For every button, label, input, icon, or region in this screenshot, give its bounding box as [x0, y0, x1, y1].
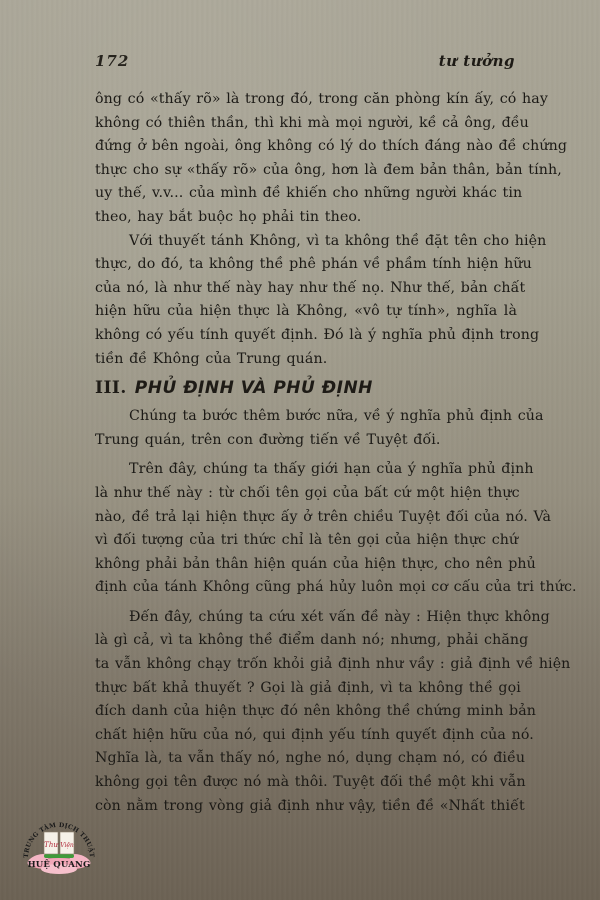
text-line: ta vẫn không chạy trốn khỏi giả định như…: [95, 653, 517, 677]
text-line: định của tánh Không cũng phá hủy luôn mọ…: [95, 576, 517, 600]
section-number: III.: [95, 378, 127, 398]
text-line: đứng ở bên ngoài, ông không có lý do thí…: [95, 135, 517, 159]
text-line: còn nằm trong vòng giả định như vậy, tiề…: [95, 795, 517, 819]
page-number: 172: [95, 52, 129, 70]
text-line: Với thuyết tánh Không, vì ta không thề đ…: [95, 230, 517, 254]
page-header: 172 tư tưởng: [95, 52, 515, 74]
text-line: là như thế này : từ chối tên gọi của bất…: [95, 482, 517, 506]
text-line: chất hiện hữu của nó, qui định yếu tính …: [95, 724, 517, 748]
text-line: thực, do đó, ta không thề phê phán về ph…: [95, 253, 517, 277]
logo-name: HUỆ QUANG: [18, 860, 100, 870]
text-line: Nghĩa là, ta vẫn thấy nó, nghe nó, dụng …: [95, 747, 517, 771]
running-head: tư tưởng: [439, 52, 515, 70]
paragraph-3: Chúng ta bước thêm bước nữa, về ý nghĩa …: [95, 405, 517, 452]
text-line: Chúng ta bước thêm bước nữa, về ý nghĩa …: [95, 405, 517, 429]
text-line: đích danh của hiện thực đó nên không thề…: [95, 700, 517, 724]
section-heading: III.PHỦ ĐỊNH VÀ PHỦ ĐỊNH: [95, 375, 517, 401]
text-line: không phải bản thân hiện quán của hiện t…: [95, 553, 517, 577]
text-line: hiện hữu của hiện thực là Không, «vô tự …: [95, 300, 517, 324]
section-title: PHỦ ĐỊNH VÀ PHỦ ĐỊNH: [135, 378, 373, 398]
text-line: tiền đề Không của Trung quán.: [95, 348, 517, 372]
text-line: Trên đây, chúng ta thấy giới hạn của ý n…: [95, 458, 517, 482]
watermark-logo: TRUNG TÂM DỊCH THUẬT HÁN NÔM Thư Viện HU…: [18, 818, 100, 884]
page-body: ông có «thấy rõ» là trong đó, trong căn …: [95, 88, 517, 818]
text-line: thực cho sự «thấy rõ» của ông, hơn là đe…: [95, 159, 517, 183]
text-line: vì đối tượng của tri thức chỉ là tên gọi…: [95, 529, 517, 553]
paragraph-4: Trên đây, chúng ta thấy giới hạn của ý n…: [95, 458, 517, 600]
text-line: của nó, là như thế này hay như thế nọ. N…: [95, 277, 517, 301]
logo-book-right: Viện: [60, 842, 74, 849]
paragraph-1: ông có «thấy rõ» là trong đó, trong căn …: [95, 88, 517, 230]
text-line: thực bất khả thuyết ? Gọi là giả định, v…: [95, 677, 517, 701]
text-line: Trung quán, trên con đường tiến về Tuyệt…: [95, 429, 517, 453]
text-line: không có yếu tính quyết định. Đó là ý ng…: [95, 324, 517, 348]
logo-book-left: Thư: [44, 841, 59, 849]
text-line: là gì cả, vì ta không thề điểm danh nó; …: [95, 629, 517, 653]
lotus-book-emblem-icon: TRUNG TÂM DỊCH THUẬT HÁN NÔM Thư Viện: [18, 818, 100, 884]
text-line: theo, hay bắt buộc họ phải tin theo.: [95, 206, 517, 230]
text-line: nào, đề trả lại hiện thực ấy ở trên chiề…: [95, 506, 517, 530]
text-line: không có thiên thần, thì khi mà mọi ngườ…: [95, 112, 517, 136]
paragraph-2: Với thuyết tánh Không, vì ta không thề đ…: [95, 230, 517, 372]
paragraph-5: Đến đây, chúng ta cứu xét vấn đề này : H…: [95, 606, 517, 818]
text-line: không gọi tên được nó mà thôi. Tuyệt đối…: [95, 771, 517, 795]
text-line: Đến đây, chúng ta cứu xét vấn đề này : H…: [95, 606, 517, 630]
text-line: ông có «thấy rõ» là trong đó, trong căn …: [95, 88, 517, 112]
text-line: uy thế, v.v... của mình đề khiến cho nhữ…: [95, 182, 517, 206]
